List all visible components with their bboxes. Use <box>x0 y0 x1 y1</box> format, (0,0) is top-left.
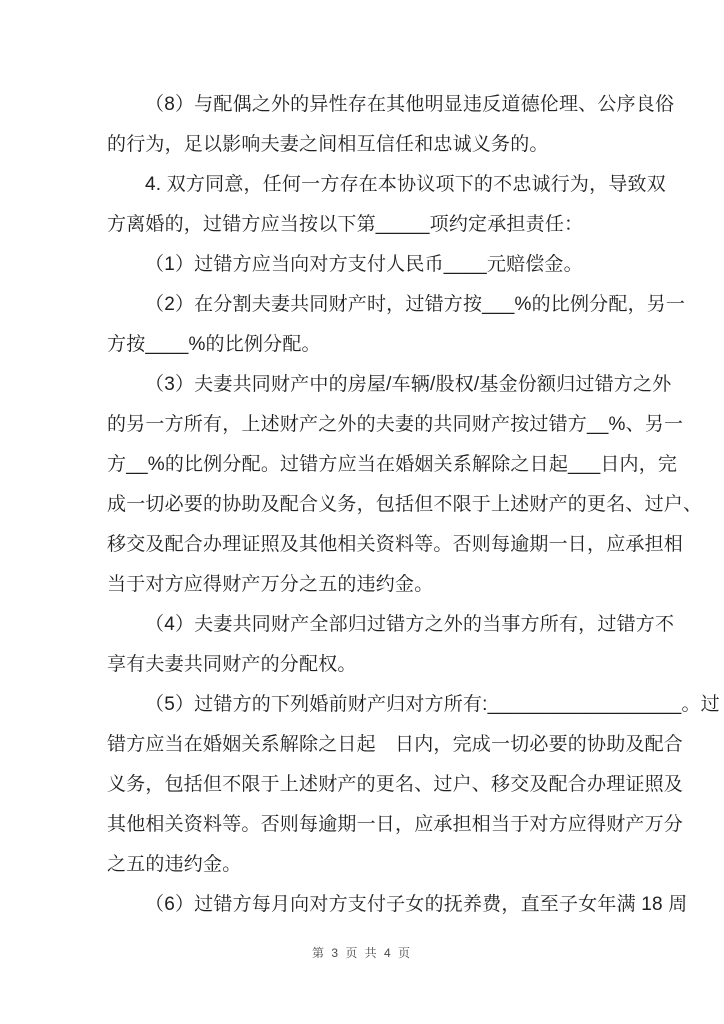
document-line: 其他相关资料等。否则每逾期一日，应承担相当于对方应得财产万分 <box>107 805 619 845</box>
document-line: （1）过错方应当向对方支付人民币____元赔偿金。 <box>107 245 619 285</box>
document-line: （2）在分割夫妻共同财产时，过错方按___%的比例分配，另一 <box>107 285 619 325</box>
document-line: （6）过错方每月向对方支付子女的抚养费，直至子女年满 18 周 <box>107 885 619 925</box>
document-body: （8）与配偶之外的异性存在其他明显违反道德伦理、公序良俗 的行为，足以影响夫妻之… <box>107 85 619 925</box>
document-line: 义务，包括但不限于上述财产的更名、过户、移交及配合办理证照及 <box>107 765 619 805</box>
document-line: 的行为，足以影响夫妻之间相互信任和忠诚义务的。 <box>107 125 619 165</box>
document-line: 成一切必要的协助及配合义务，包括但不限于上述财产的更名、过户、 <box>107 485 619 525</box>
page-number-footer: 第 3 页 共 4 页 <box>0 944 724 962</box>
document-line: （3）夫妻共同财产中的房屋/车辆/股权/基金份额归过错方之外 <box>107 365 619 405</box>
document-line: （5）过错方的下列婚前财产归对方所有:__________________。过 <box>107 685 619 725</box>
document-line: （4）夫妻共同财产全部归过错方之外的当事方所有，过错方不 <box>107 605 619 645</box>
document-line: 方离婚的，过错方应当按以下第_____项约定承担责任： <box>107 205 619 245</box>
document-line: 的另一方所有，上述财产之外的夫妻的共同财产按过错方__%、另一 <box>107 405 619 445</box>
document-page: （8）与配偶之外的异性存在其他明显违反道德伦理、公序良俗 的行为，足以影响夫妻之… <box>0 0 724 1024</box>
document-line: 之五的违约金。 <box>107 845 619 885</box>
document-line: 4. 双方同意，任何一方存在本协议项下的不忠诚行为，导致双 <box>107 165 619 205</box>
document-line: 移交及配合办理证照及其他相关资料等。否则每逾期一日，应承担相 <box>107 525 619 565</box>
document-line: 当于对方应得财产万分之五的违约金。 <box>107 565 619 605</box>
document-line: （8）与配偶之外的异性存在其他明显违反道德伦理、公序良俗 <box>107 85 619 125</box>
document-line: 享有夫妻共同财产的分配权。 <box>107 645 619 685</box>
document-line: 错方应当在婚姻关系解除之日起 日内，完成一切必要的协助及配合 <box>107 725 619 765</box>
document-line: 方按____%的比例分配。 <box>107 325 619 365</box>
document-line: 方__%的比例分配。过错方应当在婚姻关系解除之日起___日内，完 <box>107 445 619 485</box>
